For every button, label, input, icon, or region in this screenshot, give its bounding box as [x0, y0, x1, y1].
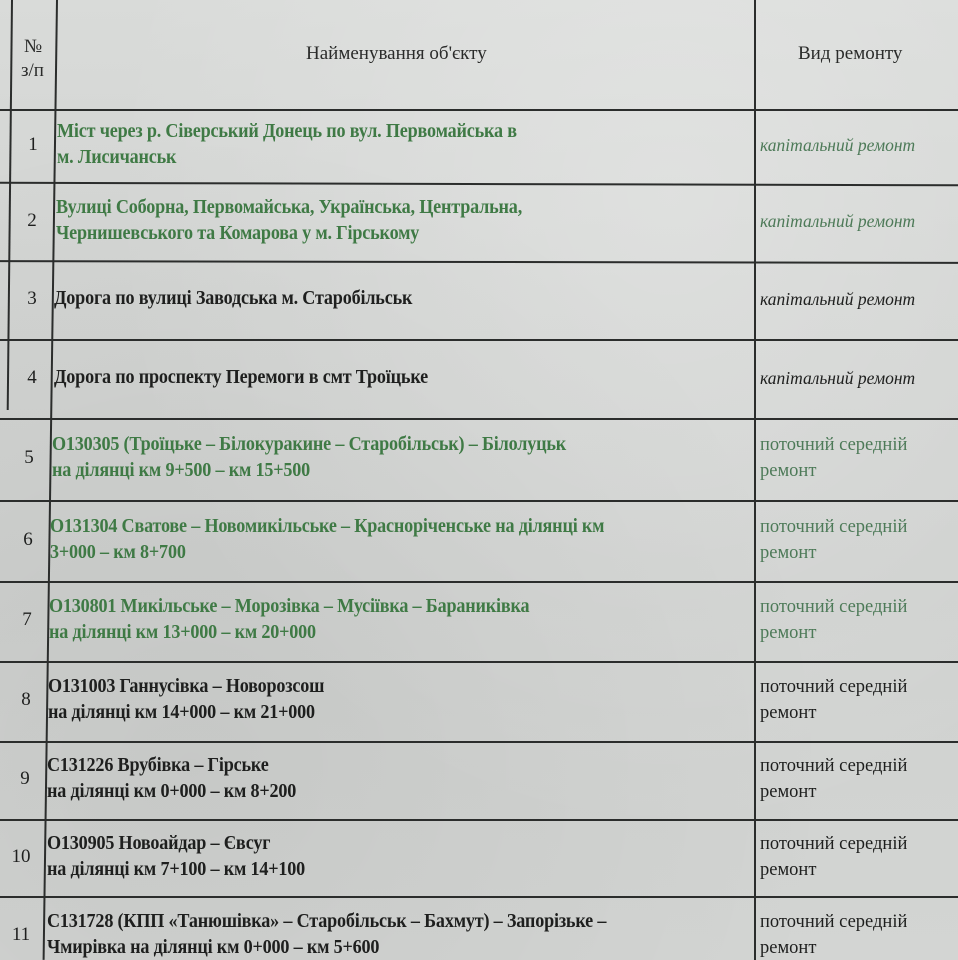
row-divider — [0, 896, 958, 898]
repair-type-line-1: поточний середній — [760, 674, 907, 700]
object-name-line-2: на ділянці км 9+500 – км 15+500 — [52, 458, 310, 484]
object-name-line-1: С131728 (КПП «Танюшівка» – Старобільськ … — [47, 909, 606, 935]
object-name-line-1: Вулиці Соборна, Первомайська, Українська… — [56, 195, 522, 221]
repair-type-line-1: поточний середній — [760, 831, 907, 857]
header-object-name: Найменування об'єкту — [306, 43, 487, 65]
repair-type-line-2: ремонт — [760, 540, 816, 566]
repair-type-line-2: ремонт — [760, 857, 816, 883]
row-number: 8 — [11, 689, 41, 711]
row-number: 10 — [6, 846, 36, 868]
repair-type-line-1: капітальний ремонт — [760, 286, 915, 312]
object-name-line-2: на ділянці км 13+000 – км 20+000 — [49, 620, 316, 646]
header-number-abbrev: з/п — [21, 60, 44, 82]
row-divider — [0, 339, 958, 341]
row-divider — [0, 819, 958, 821]
table-left-border — [7, 0, 13, 410]
object-name-line-1: С131226 Врубівка – Гірське — [47, 753, 269, 779]
object-name-line-2: Чмирівка на ділянці км 0+000 – км 5+600 — [47, 935, 379, 960]
repair-type-line-1: поточний середній — [760, 432, 907, 458]
object-name-line-2: Чернишевського та Комарова у м. Гірськом… — [56, 221, 419, 247]
row-number: 11 — [6, 924, 36, 946]
repair-type-line-1: капітальний ремонт — [760, 365, 915, 391]
repair-type-line-1: поточний середній — [760, 753, 907, 779]
object-name-line-2: на ділянці км 0+000 – км 8+200 — [47, 779, 296, 805]
repair-type-line-2: ремонт — [760, 458, 816, 484]
repair-type-line-2: ремонт — [760, 935, 816, 960]
repair-type-line-1: поточний середній — [760, 594, 907, 620]
row-divider — [0, 260, 958, 264]
object-name-line-1: Дорога по проспекту Перемоги в смт Троїц… — [54, 365, 428, 391]
repair-type-line-2: ремонт — [760, 779, 816, 805]
object-name-line-1: О131304 Сватове – Новомикільське – Красн… — [50, 514, 604, 540]
row-number: 3 — [17, 288, 47, 310]
header-number-symbol: № — [24, 36, 42, 58]
repair-column-divider — [754, 0, 756, 960]
repair-type-line-1: поточний середній — [760, 514, 907, 540]
object-name-line-2: м. Лисичанськ — [57, 145, 176, 171]
repair-type-line-2: ремонт — [760, 620, 816, 646]
row-number: 1 — [18, 134, 48, 156]
row-divider — [0, 182, 958, 187]
object-name-line-1: О130801 Микільське – Морозівка – Мусіївк… — [49, 594, 529, 620]
row-number: 9 — [10, 768, 40, 790]
row-divider — [0, 741, 958, 743]
row-divider — [0, 581, 958, 583]
row-number: 4 — [17, 367, 47, 389]
row-divider — [0, 418, 958, 420]
object-name-line-2: 3+000 – км 8+700 — [50, 540, 186, 566]
row-number: 7 — [12, 609, 42, 631]
object-name-line-1: О130905 Новоайдар – Євсуг — [47, 831, 270, 857]
repair-type-line-1: поточний середній — [760, 909, 907, 935]
header-repair-type: Вид ремонту — [798, 43, 902, 65]
row-divider — [0, 661, 958, 663]
object-name-line-2: на ділянці км 7+100 – км 14+100 — [47, 857, 305, 883]
row-number: 5 — [14, 447, 44, 469]
object-name-line-1: Дорога по вулиці Заводська м. Старобільс… — [54, 286, 412, 312]
object-name-line-2: на ділянці км 14+000 – км 21+000 — [48, 700, 315, 726]
object-name-line-1: О130305 (Троїцьке – Білокуракине – Старо… — [52, 432, 566, 458]
object-name-line-1: О131003 Ганнусівка – Новорозсош — [48, 674, 324, 700]
row-number: 6 — [13, 529, 43, 551]
repair-type-line-1: капітальний ремонт — [760, 132, 915, 158]
header-bottom-border — [0, 109, 958, 111]
row-number: 2 — [17, 210, 47, 232]
row-divider — [0, 500, 958, 502]
object-name-line-1: Міст через р. Сіверський Донець по вул. … — [57, 119, 517, 145]
repair-type-line-2: ремонт — [760, 700, 816, 726]
repair-type-line-1: капітальний ремонт — [760, 208, 915, 234]
